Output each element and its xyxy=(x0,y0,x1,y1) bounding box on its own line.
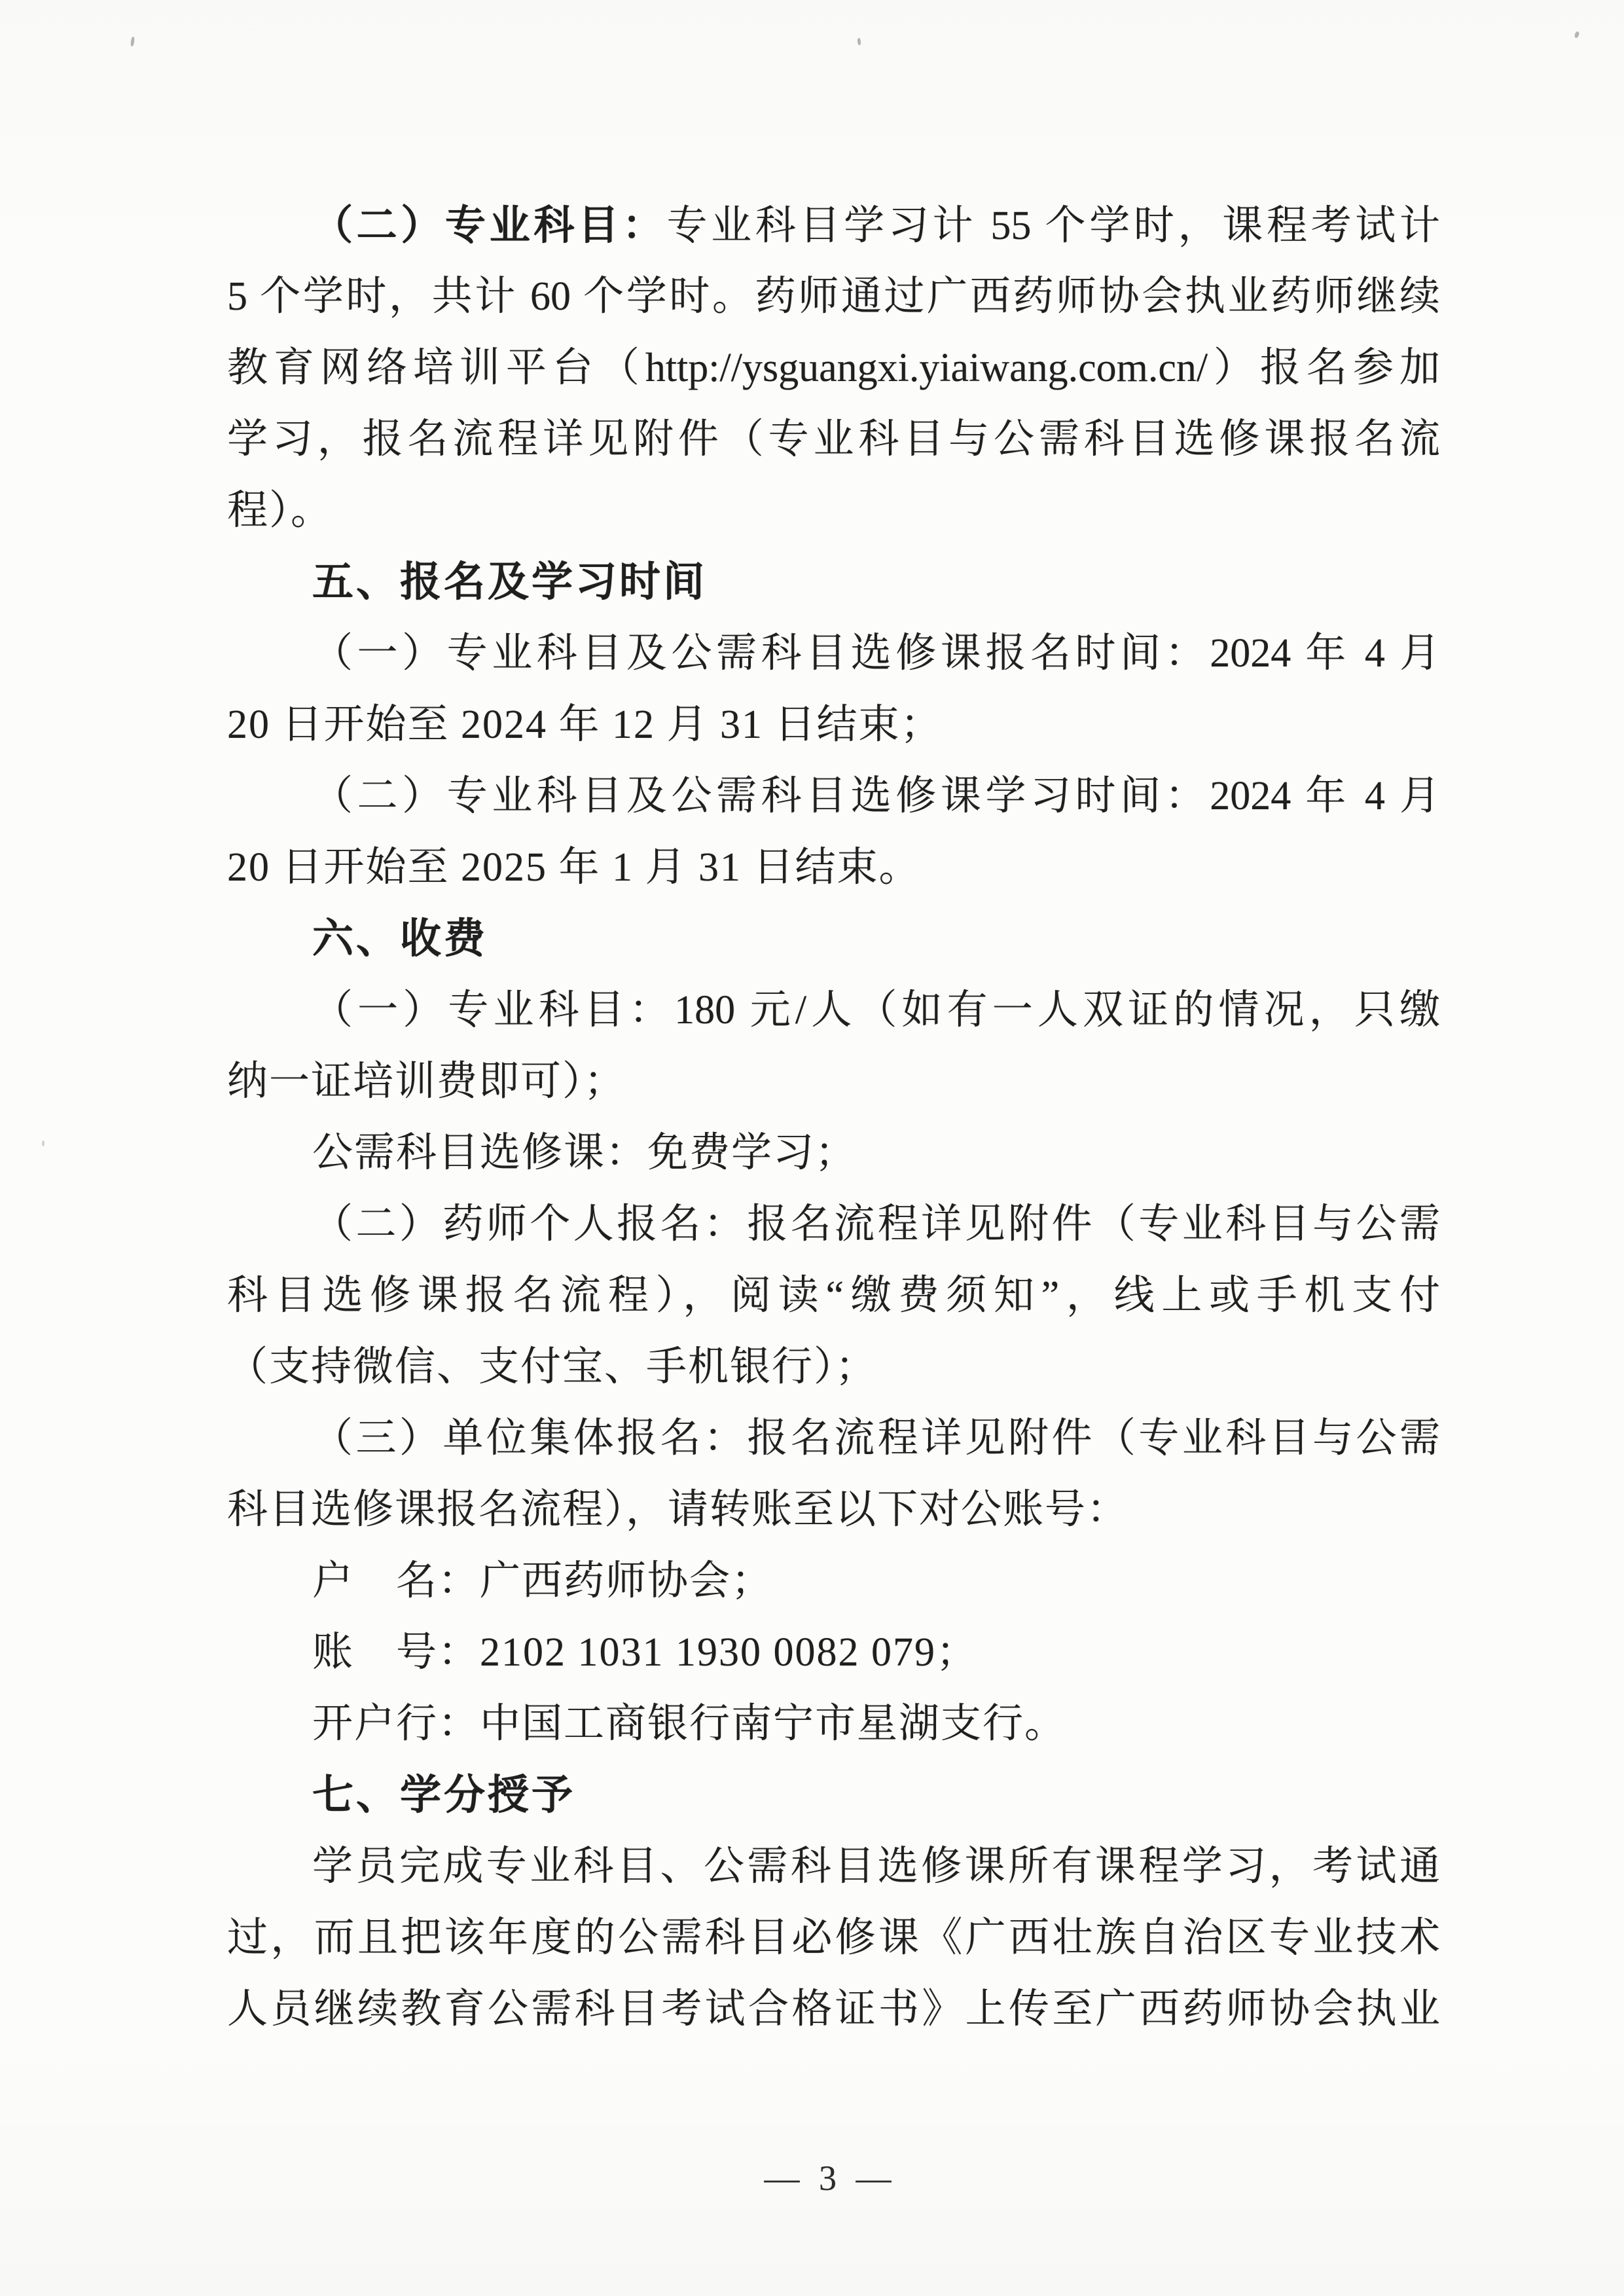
text-line: 人员继续教育公需科目考试合格证书》上传至广西药师协会执业 xyxy=(227,1974,1440,2045)
text-line: （二）专业科目：专业科目学习计 55 个学时，课程考试计 xyxy=(227,190,1440,261)
scanned-document-page: （二）专业科目：专业科目学习计 55 个学时，课程考试计5 个学时，共计 60 … xyxy=(0,0,1624,2296)
section-heading: 六、收费 xyxy=(227,903,1440,975)
scan-artifact xyxy=(1574,31,1579,38)
text-line: 学习，报名流程详见附件（专业科目与公需科目选修课报名流 xyxy=(227,404,1440,475)
section-heading: 七、学分授予 xyxy=(227,1760,1440,1831)
text-line: 过，而且把该年度的公需科目必修课《广西壮族自治区专业技术 xyxy=(227,1903,1440,1974)
text-line: 科目选修课报名流程），阅读“缴费须知”，线上或手机支付 xyxy=(227,1260,1440,1332)
text-line: 公需科目选修课：免费学习； xyxy=(227,1118,1440,1189)
text-line: （一）专业科目：180 元/人（如有一人双证的情况，只缴 xyxy=(227,975,1440,1046)
text-line: 纳一证培训费即可）； xyxy=(227,1046,1440,1118)
text-line: （三）单位集体报名：报名流程详见附件（专业科目与公需 xyxy=(227,1403,1440,1474)
bold-label: （二）专业科目： xyxy=(312,203,666,248)
text-line: （二）专业科目及公需科目选修课学习时间：2024 年 4 月 xyxy=(227,761,1440,832)
text-line: 科目选修课报名流程），请转账至以下对公账号： xyxy=(227,1474,1440,1546)
text-line: 学员完成专业科目、公需科目选修课所有课程学习，考试通 xyxy=(227,1831,1440,1903)
text-line: 5 个学时，共计 60 个学时。药师通过广西药师协会执业药师继续 xyxy=(227,261,1440,333)
section-heading: 五、报名及学习时间 xyxy=(227,547,1440,618)
text-line: 开户行：中国工商银行南宁市星湖支行。 xyxy=(227,1688,1440,1760)
page-number: — 3 — xyxy=(18,2158,1624,2198)
text-line: 20 日开始至 2025 年 1 月 31 日结束。 xyxy=(227,832,1440,903)
text-line: （一）专业科目及公需科目选修课报名时间：2024 年 4 月 xyxy=(227,618,1440,689)
text-line: 户 名：广西药师协会； xyxy=(227,1546,1440,1617)
text-line: 20 日开始至 2024 年 12 月 31 日结束； xyxy=(227,689,1440,761)
text-line: 账 号：2102 1031 1930 0082 079； xyxy=(227,1617,1440,1688)
scan-artifact xyxy=(42,1140,45,1146)
document-body: （二）专业科目：专业科目学习计 55 个学时，课程考试计5 个学时，共计 60 … xyxy=(227,190,1440,2045)
text-line: （支持微信、支付宝、手机银行）； xyxy=(227,1332,1440,1403)
text-line: （二）药师个人报名：报名流程详见附件（专业科目与公需 xyxy=(227,1189,1440,1260)
text-line: 教育网络培训平台（http://ysguangxi.yiaiwang.com.c… xyxy=(227,333,1440,404)
line-text: 专业科目学习计 55 个学时，课程考试计 xyxy=(666,204,1440,248)
scan-artifact xyxy=(857,38,861,45)
text-line: 程）。 xyxy=(227,475,1440,547)
scan-artifact xyxy=(130,37,135,47)
